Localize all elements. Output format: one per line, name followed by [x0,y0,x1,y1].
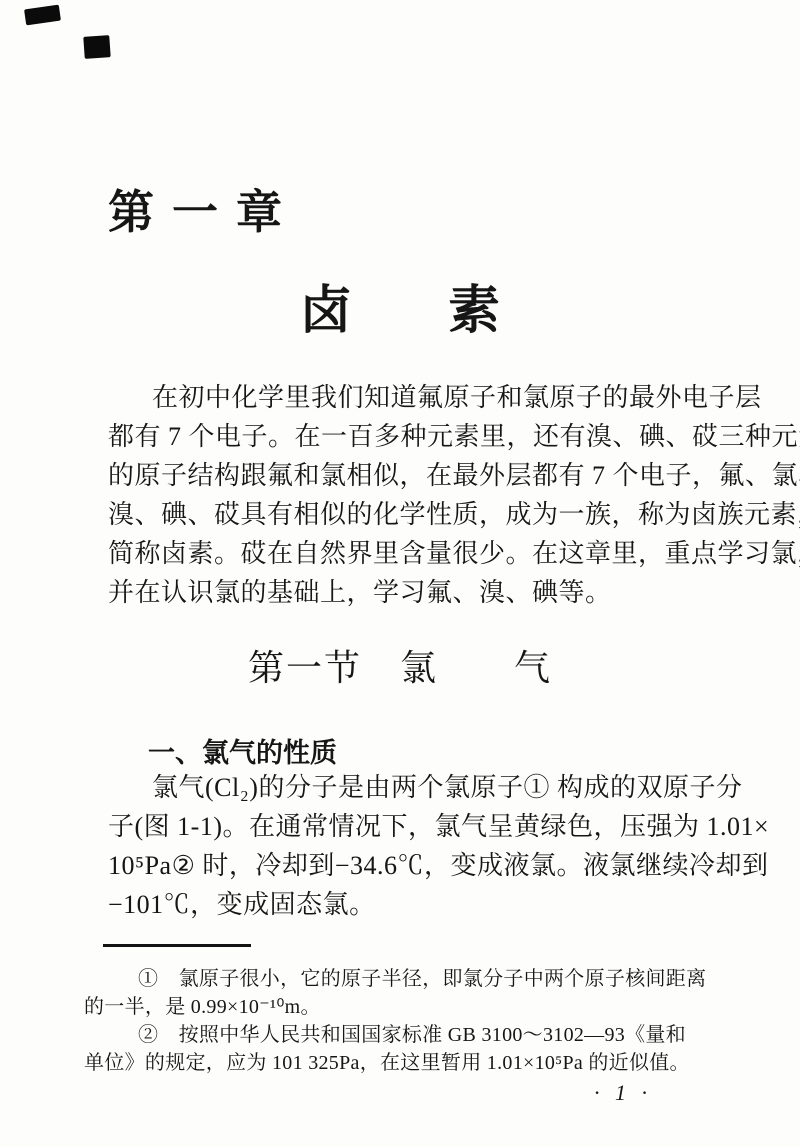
intro-line: 并在认识氯的基础上，学习氟、溴、碘等。 [108,573,698,612]
footnote-separator-rule [103,944,251,947]
footnote-2-line: ② 按照中华人民共和国国家标准 GB 3100～3102—93《量和 [84,1021,700,1049]
scan-artifact-mark [83,35,110,59]
page-number: · 1 · [594,1080,652,1106]
body-paragraph: 氯气(Cl₂)的分子是由两个氯原子① 构成的双原子分 子(图 1-1)。在通常情… [108,768,698,924]
section-heading: 第一节 氯 气 [0,646,800,690]
intro-line: 在初中化学里我们知道氟原子和氯原子的最外电子层 [108,378,698,417]
scan-artifact-mark [24,5,61,26]
footnote-1-line: 的一半，是 0.99×10⁻¹⁰m。 [84,993,700,1021]
title-char-first: 卤 [300,282,352,342]
chapter-main-title: 卤 素 [0,282,800,342]
intro-line: 简称卤素。砹在自然界里含量很少。在这章里，重点学习氯， [108,534,698,573]
intro-line: 都有 7 个电子。在一百多种元素里，还有溴、碘、砹三种元素 [108,417,698,456]
body-line: 10⁵Pa② 时，冷却到−34.6℃，变成液氯。液氯继续冷却到 [108,846,698,885]
footnotes: ① 氯原子很小，它的原子半径，即氯分子中两个原子核间距离 的一半，是 0.99×… [84,965,700,1077]
intro-line: 溴、碘、砹具有相似的化学性质，成为一族，称为卤族元素， [108,495,698,534]
footnote-2-line: 单位》的规定，应为 101 325Pa，在这里暂用 1.01×10⁵Pa 的近似… [84,1049,700,1077]
chapter-heading: 第一章 [108,186,300,238]
intro-line: 的原子结构跟氟和氯相似，在最外层都有 7 个电子，氟、氯、 [108,456,698,495]
body-line: 子(图 1-1)。在通常情况下，氯气呈黄绿色，压强为 1.01× [108,807,698,846]
intro-paragraph: 在初中化学里我们知道氟原子和氯原子的最外电子层 都有 7 个电子。在一百多种元素… [108,378,698,612]
subsection-heading: 一、氯气的性质 [148,737,337,769]
scanned-textbook-page: 第一章 卤 素 在初中化学里我们知道氟原子和氯原子的最外电子层 都有 7 个电子… [0,0,800,1147]
title-char-second: 素 [448,282,500,342]
footnote-1-line: ① 氯原子很小，它的原子半径，即氯分子中两个原子核间距离 [84,965,700,993]
body-line: −101℃，变成固态氯。 [108,885,698,924]
body-line: 氯气(Cl₂)的分子是由两个氯原子① 构成的双原子分 [108,768,698,807]
